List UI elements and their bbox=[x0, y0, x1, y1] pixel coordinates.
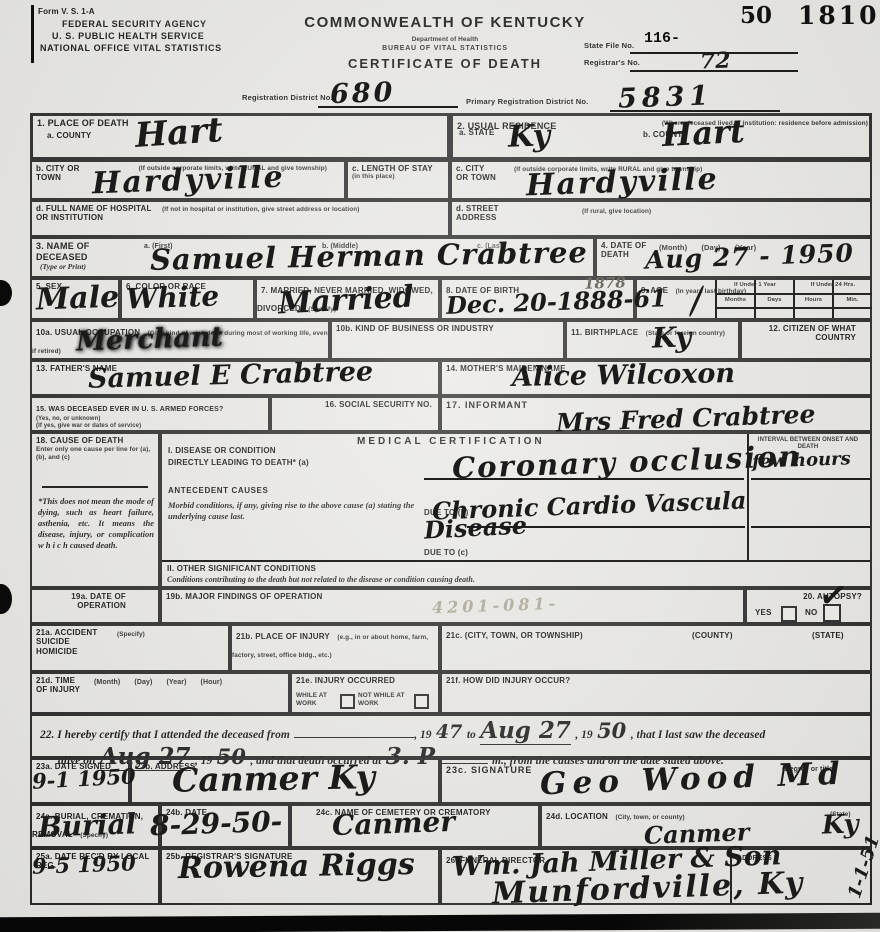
checkbox-while-at-work[interactable] bbox=[340, 694, 355, 709]
cell-citizen: 12. CITIZEN OF WHAT COUNTRY bbox=[740, 320, 872, 360]
hospital-name-label: d. FULL NAME OF HOSPITAL OR INSTITUTION bbox=[32, 202, 159, 223]
cell-hospital-name: d. FULL NAME OF HOSPITAL OR INSTITUTION … bbox=[30, 200, 450, 237]
age-months-header: Months bbox=[717, 297, 754, 304]
place-of-injury-label: 21b. PLACE OF INJURY bbox=[232, 630, 333, 641]
residence-city-value: Hardyville bbox=[526, 165, 720, 202]
certify-hw-to-year: 50 bbox=[597, 718, 626, 743]
cell-ssn: 16. SOCIAL SECURITY NO. bbox=[270, 396, 440, 432]
date-of-death-value: Aug 27 - 1950 bbox=[645, 240, 855, 272]
interval-a-line bbox=[751, 478, 870, 480]
residence-county-value: Hart bbox=[661, 115, 745, 151]
certify-text-3: to bbox=[467, 729, 476, 741]
certify-hw-from-year: 47 bbox=[436, 721, 462, 743]
operation-date-label: 19a. DATE OF OPERATION bbox=[32, 590, 129, 611]
age-grid-line bbox=[715, 280, 717, 318]
cell-armed-forces: 15. WAS DECEASED EVER IN U. S. ARMED FOR… bbox=[30, 396, 270, 432]
cell-accident-type: 21a. ACCIDENT SUICIDE HOMICIDE (Specify) bbox=[30, 624, 230, 672]
marital-value: Married bbox=[277, 282, 414, 319]
length-of-stay-hint: (in this place) bbox=[348, 173, 448, 181]
agency-line-1: FEDERAL SECURITY AGENCY bbox=[62, 19, 207, 30]
commonwealth-title: COMMONWEALTH OF KENTUCKY bbox=[290, 14, 600, 32]
cell-operation-date: 19a. DATE OF OPERATION bbox=[30, 588, 160, 624]
primary-district-value: 5831 bbox=[618, 82, 714, 112]
ssn-label: 16. SOCIAL SECURITY NO. bbox=[272, 398, 438, 409]
certify-text-4: , 19 bbox=[575, 729, 592, 741]
other-conditions-divider bbox=[162, 560, 870, 562]
cemetery-location-label: 24d. LOCATION bbox=[542, 810, 611, 821]
reg-district-label: Registration District No. bbox=[242, 94, 333, 103]
interval-b-line bbox=[751, 526, 870, 528]
cell-place-of-injury: 21b. PLACE OF INJURY (e.g., in or about … bbox=[230, 624, 440, 672]
physician-signature-label: 23c. SIGNATURE bbox=[442, 763, 535, 776]
certify-blank-1 bbox=[294, 726, 414, 738]
cell-time-of-injury: 21d. TIME OF INJURY (Month) (Day) (Year)… bbox=[30, 672, 290, 714]
agency-line-3: NATIONAL OFFICE VITAL STATISTICS bbox=[40, 43, 222, 54]
deceased-name-value: Samuel Herman Crabtree bbox=[150, 238, 588, 275]
age-grid-line bbox=[754, 280, 756, 318]
mother-name-value: Alice Wilcoxon bbox=[512, 360, 735, 391]
registrar-signature-value: Rowena Riggs bbox=[178, 850, 415, 884]
county-of-death-value: Hart bbox=[134, 113, 224, 153]
residence-state-value: Ky bbox=[507, 121, 550, 152]
due-to-c-label: DUE TO (c) bbox=[424, 548, 468, 557]
cemetery-location-state-value: Ky bbox=[822, 811, 859, 838]
autopsy-yes-label: YES bbox=[755, 608, 772, 617]
punch-hole-icon bbox=[0, 280, 12, 306]
cause-note-divider bbox=[42, 486, 148, 488]
scan-artifact-bottom-bar bbox=[0, 913, 880, 932]
how-injury-occurred-label: 21f. HOW DID INJURY OCCUR? bbox=[442, 674, 870, 685]
industry-label: 10b. KIND OF BUSINESS OR INDUSTRY bbox=[332, 322, 529, 333]
certify-text-2: , 19 bbox=[414, 729, 431, 741]
date-signed-value: 9-1 1950 bbox=[32, 765, 137, 791]
checkbox-autopsy-yes[interactable] bbox=[781, 606, 797, 622]
cause-b-value-2: Disease bbox=[423, 513, 527, 542]
date-of-birth-value: Dec. 20-1888-61 bbox=[446, 286, 668, 318]
injury-while-at-work-label: WHILE AT WORK bbox=[296, 692, 338, 707]
certificate-title: CERTIFICATE OF DEATH bbox=[290, 56, 600, 71]
hospital-name-hint: (If not in hospital or institution, give… bbox=[162, 206, 432, 214]
injury-state-label: (STATE) bbox=[812, 631, 844, 640]
stamp-book-number: 50 bbox=[740, 2, 772, 29]
father-name-value: Samuel E Crabtree bbox=[88, 358, 374, 392]
residence-city-label: c. CITY OR TOWN bbox=[452, 162, 501, 183]
street-address-hint: (If rural, give location) bbox=[582, 208, 651, 216]
state-file-label: State File No. bbox=[584, 42, 634, 51]
death-certificate-scan: Form V. S. 1-A FEDERAL SECURITY AGENCY U… bbox=[0, 0, 880, 932]
disease-label-1: I. DISEASE OR CONDITION bbox=[168, 446, 276, 455]
burial-date-value: 8-29-50- bbox=[150, 808, 283, 841]
age-grid-line bbox=[793, 280, 795, 318]
age-hours-header: Hours bbox=[795, 297, 832, 304]
citizen-label: 12. CITIZEN OF WHAT COUNTRY bbox=[742, 322, 862, 343]
primary-district-label: Primary Registration District No. bbox=[466, 98, 588, 107]
cell-street-address: d. STREET ADDRESS (If rural, give locati… bbox=[450, 200, 872, 237]
stamp-certificate-number: 18104 bbox=[798, 1, 880, 30]
street-address-label: d. STREET ADDRESS bbox=[452, 202, 519, 223]
age-grid-line bbox=[715, 307, 872, 309]
other-conditions-label: II. OTHER SIGNIFICANT CONDITIONS bbox=[167, 564, 316, 573]
cell-how-injury-occurred: 21f. HOW DID INJURY OCCUR? bbox=[440, 672, 872, 714]
bureau-line: BUREAU OF VITAL STATISTICS bbox=[290, 45, 600, 53]
certify-text-5: , that I last saw the deceased bbox=[631, 729, 766, 741]
cell-cause-of-death-note: 18. CAUSE OF DEATH Enter only one cause … bbox=[30, 432, 160, 588]
age-grid-line bbox=[715, 293, 872, 295]
date-received-value: 9-5 1950 bbox=[32, 852, 136, 877]
certify-text-1: 22. I hereby certify that I attended the… bbox=[40, 729, 290, 741]
agency-line-2: U. S. PUBLIC HEALTH SERVICE bbox=[52, 31, 204, 42]
occupation-value: Merchant bbox=[76, 323, 224, 355]
cell-age: 9. AGE (In years last birthday) If Under… bbox=[635, 278, 872, 320]
city-of-death-value: Hardyville bbox=[92, 163, 286, 200]
reg-district-value: 680 bbox=[330, 79, 396, 108]
injury-occurred-label: 21e. INJURY OCCURRED bbox=[292, 674, 438, 685]
time-of-injury-columns: (Month) (Day) (Year) (Hour) bbox=[94, 679, 222, 687]
cause-of-death-label: 18. CAUSE OF DEATH bbox=[32, 434, 158, 445]
city-of-death-label: b. CITY OR TOWN bbox=[32, 162, 83, 183]
place-of-death-title: 1. PLACE OF DEATH bbox=[33, 116, 447, 129]
name-title: 3. NAME OF DECEASED bbox=[32, 239, 134, 262]
state-file-value: 116- bbox=[644, 30, 680, 47]
form-number: Form V. S. 1-A bbox=[38, 7, 95, 16]
age-days-header: Days bbox=[756, 297, 793, 304]
dept-of-health: Department of Health bbox=[290, 36, 600, 44]
accident-type-label: 21a. ACCIDENT SUICIDE HOMICIDE bbox=[32, 626, 109, 656]
cell-industry: 10b. KIND OF BUSINESS OR INDUSTRY bbox=[330, 320, 565, 360]
age-grid-line bbox=[832, 280, 834, 318]
scan-artifact-top-left-line bbox=[31, 5, 34, 63]
cell-place-of-death-county: 1. PLACE OF DEATH a. COUNTY bbox=[30, 113, 450, 160]
autopsy-label: 20. AUTOPSY? bbox=[747, 590, 870, 601]
cell-length-of-stay: c. LENGTH OF STAY (in this place) bbox=[346, 160, 450, 200]
cell-autopsy: 20. AUTOPSY? YES NO ✓ bbox=[745, 588, 872, 624]
registrar-no-value: 72 bbox=[700, 49, 731, 72]
punch-hole-icon bbox=[0, 584, 12, 614]
accident-type-hint: (Specify) bbox=[117, 631, 145, 639]
other-conditions-note: Conditions contributing to the death but… bbox=[167, 575, 497, 585]
injury-not-while-at-work-label: NOT WHILE AT WORK bbox=[358, 692, 410, 707]
armed-forces-label: 15. WAS DECEASED EVER IN U. S. ARMED FOR… bbox=[32, 404, 226, 413]
medical-certification-title: MEDICAL CERTIFICATION bbox=[357, 436, 545, 448]
armed-forces-hint2: (If yes, give war or dates of service) bbox=[32, 423, 268, 430]
length-of-stay-label: c. LENGTH OF STAY bbox=[348, 162, 448, 173]
burial-type-value: Burial bbox=[38, 810, 137, 841]
cell-injury-occurred: 21e. INJURY OCCURRED WHILE AT WORK NOT W… bbox=[290, 672, 440, 714]
morbid-note: Morbid conditions, if any, giving rise t… bbox=[168, 500, 416, 522]
certify-hw-to-date: Aug 27 bbox=[480, 717, 571, 745]
cause-a-interval-value: few hours bbox=[752, 450, 851, 471]
county-of-death-label: a. COUNTY bbox=[33, 129, 447, 140]
birthplace-value: Ky bbox=[652, 323, 692, 352]
birthplace-label: 11. BIRTHPLACE bbox=[567, 326, 641, 337]
cell-injury-location: 21c. (CITY, TOWN, OR TOWNSHIP) (COUNTY) … bbox=[440, 624, 872, 672]
antecedent-label: ANTECEDENT CAUSES bbox=[168, 486, 268, 495]
time-of-injury-label: 21d. TIME OF INJURY bbox=[32, 674, 85, 695]
physician-address-value: Canmer Ky bbox=[172, 760, 375, 797]
residence-state-label: a. STATE bbox=[459, 128, 495, 137]
date-of-birth-overlay: 1878 bbox=[584, 275, 626, 291]
cause-enter-note: Enter only one cause per line for (a), (… bbox=[32, 445, 158, 462]
age-min-header: Min. bbox=[834, 297, 871, 304]
cemetery-name-value: Canmer bbox=[332, 808, 456, 840]
checkbox-not-while-at-work[interactable] bbox=[414, 694, 429, 709]
sex-value: Male bbox=[36, 283, 120, 316]
race-value: White bbox=[126, 282, 220, 313]
cell-certify-statement: 22. I hereby certify that I attended the… bbox=[30, 714, 872, 758]
injury-city-label: 21c. (CITY, TOWN, OR TOWNSHIP) bbox=[446, 631, 583, 640]
injury-county-label: (COUNTY) bbox=[692, 631, 733, 640]
registrar-no-label: Registrar's No. bbox=[584, 59, 640, 68]
operation-findings-value: 4201-081- bbox=[432, 596, 560, 616]
armed-forces-hint1: (Yes, no, or unknown) bbox=[32, 416, 268, 423]
check-icon: ✓ bbox=[816, 574, 850, 618]
cause-star-note: *This does not mean the mode of dying, s… bbox=[38, 496, 154, 551]
disease-label-2: DIRECTLY LEADING TO DEATH* (a) bbox=[168, 458, 309, 467]
